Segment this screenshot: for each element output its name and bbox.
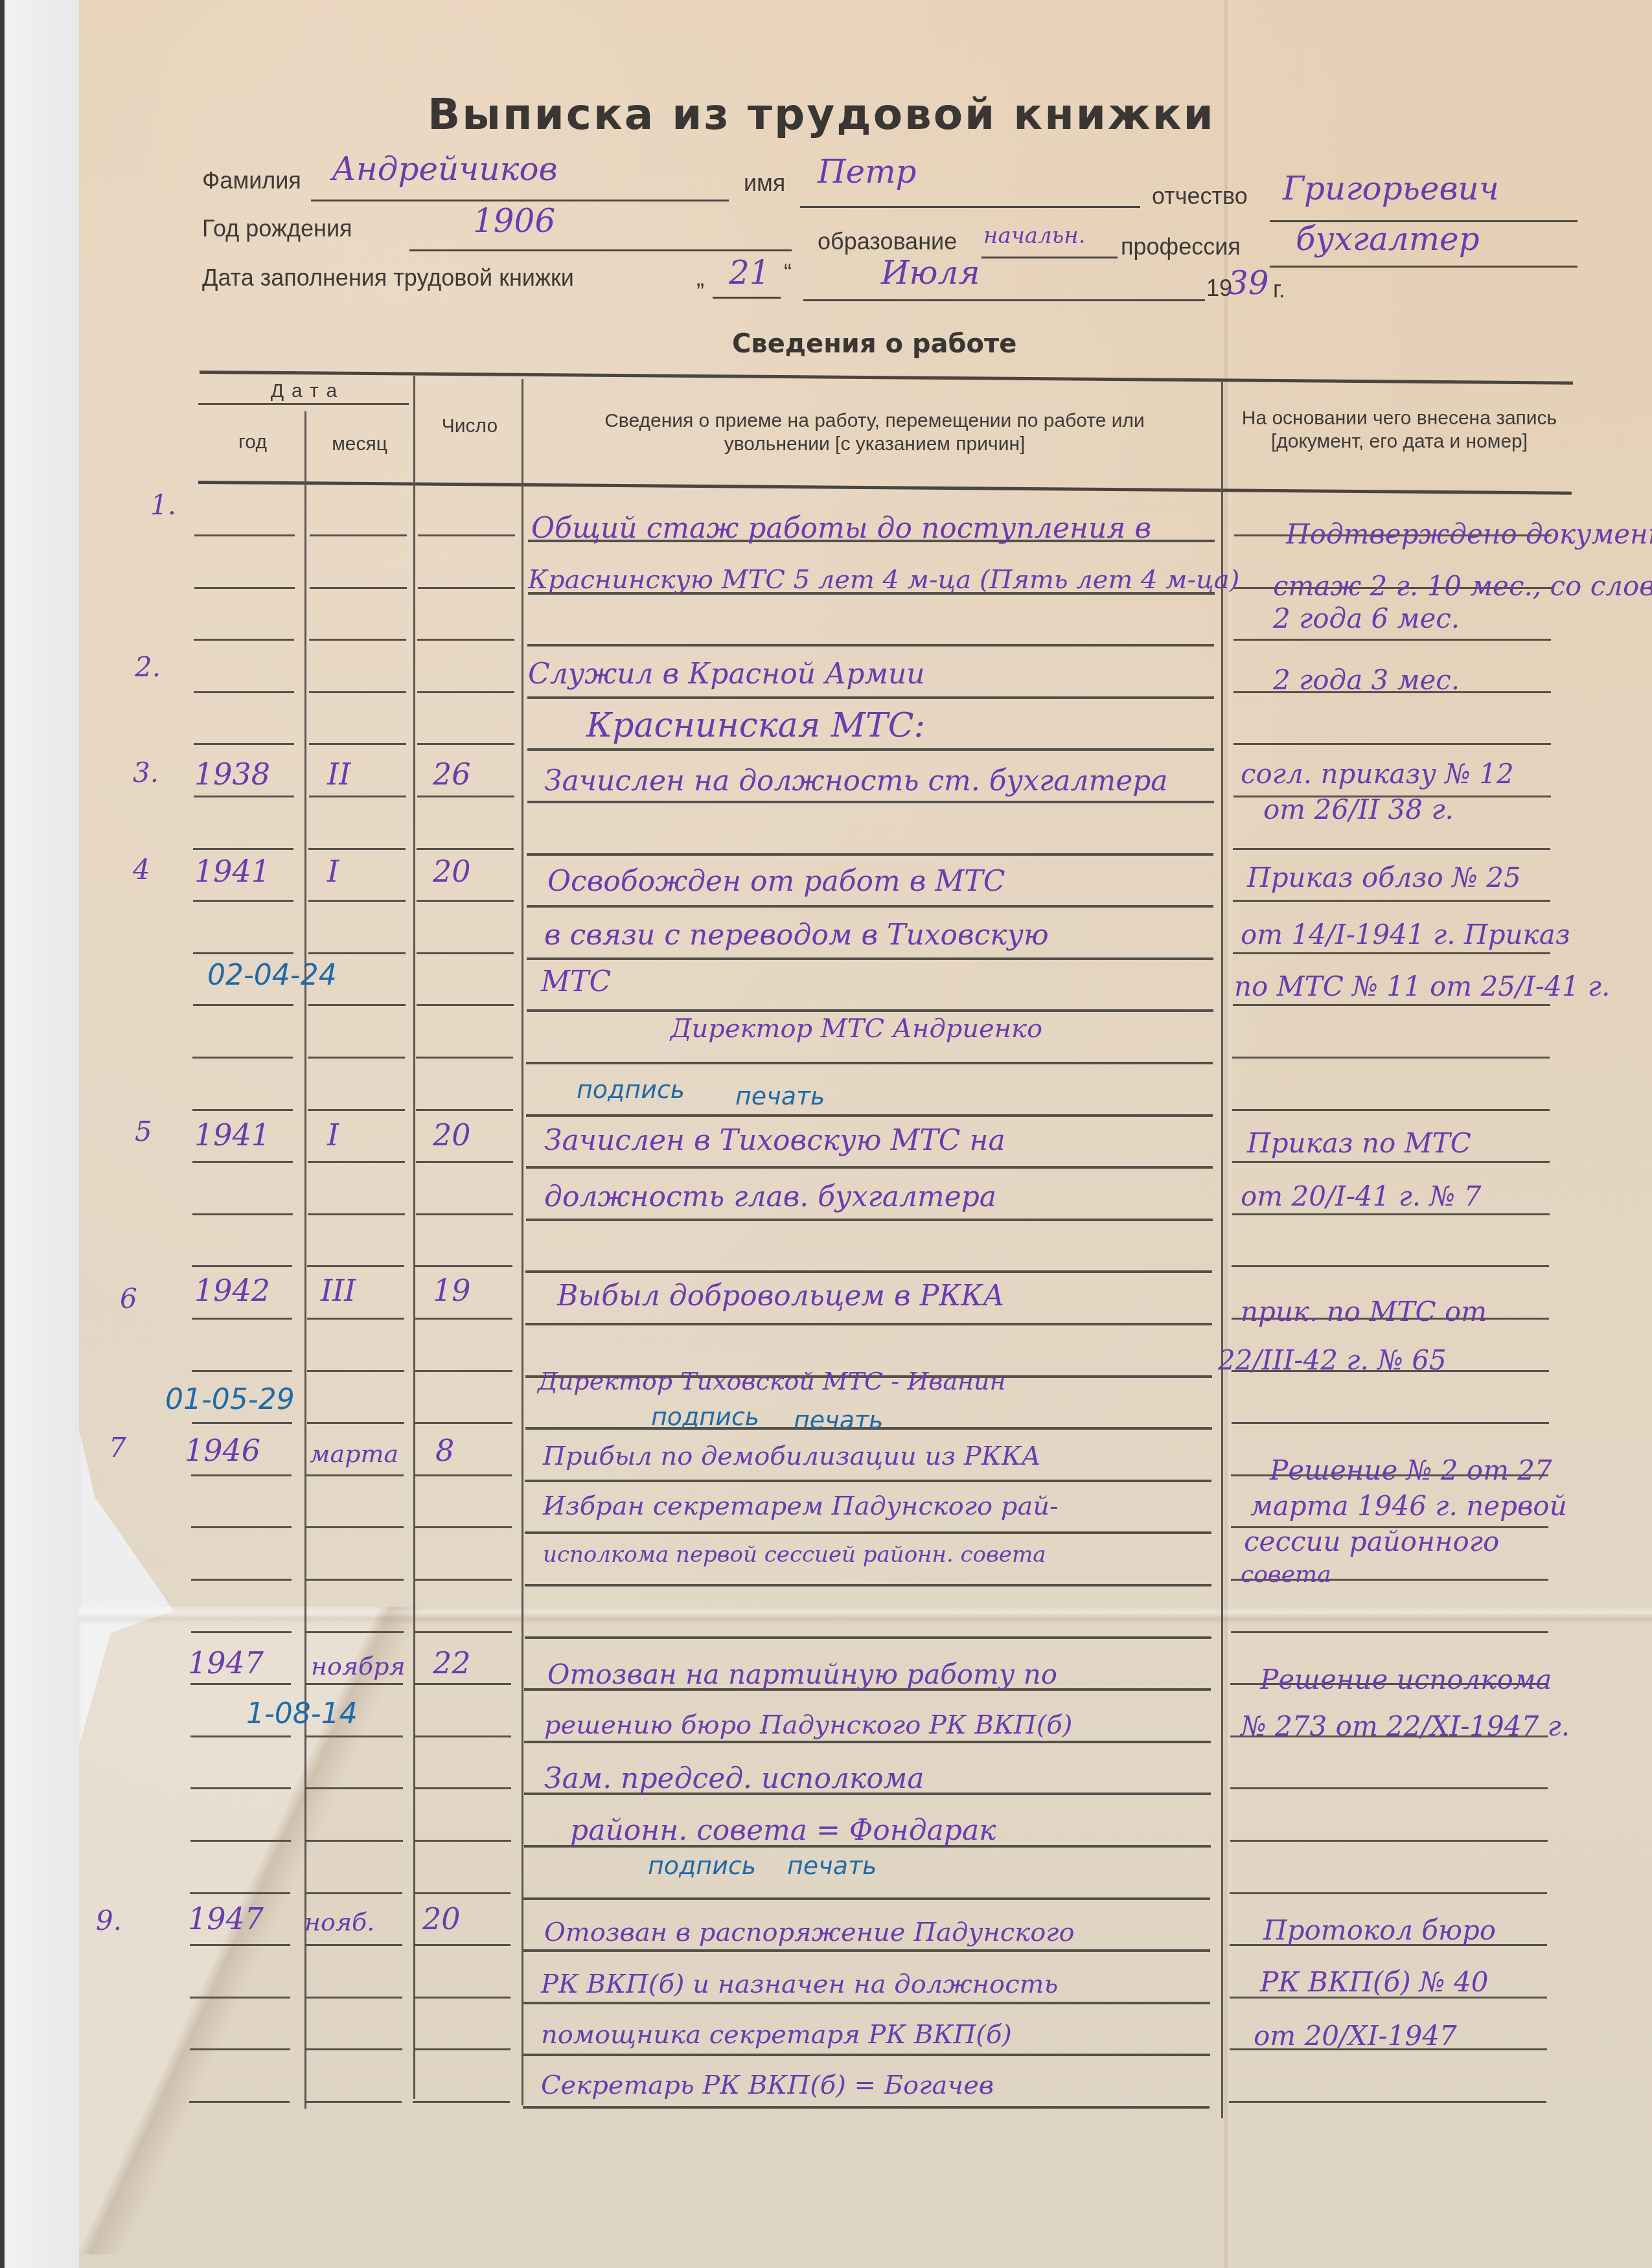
basis-line: 2 года 3 мес. — [1273, 664, 1460, 696]
details-line: Отозван в распоряжение Падунского — [544, 1918, 1075, 1947]
basis-line: Протокол бюро — [1263, 1914, 1496, 1946]
basis-line: Приказ по МТС — [1247, 1127, 1471, 1159]
section-title: Сведения о работе — [732, 329, 1016, 359]
year-suffix-label: г. — [1273, 276, 1285, 303]
patronymic-label: отчество — [1152, 183, 1248, 210]
entry-year: 1941 — [194, 854, 270, 889]
row-number: 7 — [109, 1432, 126, 1463]
fill-day-value: 21 — [729, 254, 770, 292]
details-line: исполкома первой сессией районн. совета — [543, 1542, 1046, 1568]
entry-month: марта — [310, 1439, 398, 1468]
entry-day: 20 — [422, 1901, 461, 1936]
entry-month: III — [321, 1273, 356, 1308]
basis-line: совета — [1241, 1561, 1331, 1588]
basis-line: от 20/XI-1947 — [1254, 2020, 1457, 2052]
details-line: Зачислен на должность ст. бухгалтера — [544, 764, 1168, 797]
basis-line: по МТС № 11 от 25/I-41 г. — [1234, 970, 1610, 1002]
details-line: Общий стаж работы до поступления в — [531, 512, 1151, 545]
name-value: Петр — [818, 153, 917, 190]
row-number: 1. — [150, 489, 176, 521]
name-label: имя — [744, 170, 785, 197]
row-number: 4 — [133, 854, 150, 886]
surname-value: Андрейчиков — [332, 150, 558, 188]
birth-year-value: 1906 — [473, 202, 555, 240]
header-details: Сведения о приеме на работу, перемещении… — [557, 409, 1192, 456]
details-line: Выбыл добровольцем в РККА — [557, 1279, 1005, 1312]
entry-day: 26 — [433, 757, 471, 792]
entry-day: 8 — [435, 1433, 454, 1468]
basis-line: от 14/I-1941 г. Приказ — [1241, 919, 1570, 950]
entry-day: 22 — [433, 1645, 471, 1680]
fill-date-label: Дата заполнения трудовой книжки — [202, 264, 574, 292]
details-line: Освобожден от работ в МТС — [547, 865, 1005, 898]
annotation-date: 1-08-14 — [246, 1697, 358, 1730]
details-line: Служил в Красной Армии — [528, 658, 925, 691]
signature-placeholder: подпись — [648, 1851, 756, 1880]
details-line: помощника секретаря РК ВКП(б) — [541, 2020, 1012, 2050]
fill-month-value: Июля — [881, 254, 980, 292]
details-line: должность глав. бухгалтера — [544, 1180, 996, 1213]
details-line: Зам. председ. исполкома — [544, 1762, 924, 1795]
details-line: решению бюро Падунского РК ВКП(б) — [544, 1710, 1072, 1740]
stamp-placeholder: печать — [787, 1851, 877, 1880]
signature-placeholder: подпись — [577, 1075, 685, 1104]
details-line: Избран секретарем Падунского рай- — [543, 1491, 1059, 1521]
employer-heading: Краснинская МТС: — [586, 706, 925, 745]
basis-line: сессии районного — [1244, 1526, 1499, 1557]
document-title: Выписка из трудовой книжки — [428, 89, 1215, 139]
fill-year-value: 39 — [1228, 264, 1269, 302]
basis-line: прик. по МТС от — [1241, 1296, 1487, 1327]
signature-placeholder: подпись — [651, 1403, 759, 1431]
birth-year-label: Год рождения — [202, 215, 352, 242]
entry-year: 1947 — [188, 1901, 264, 1936]
header-year: год — [207, 431, 298, 454]
header-basis: На основании чего внесена запись [докуме… — [1237, 407, 1561, 453]
entry-year: 1946 — [185, 1433, 260, 1468]
details-line: Зачислен в Тиховскую МТС на — [544, 1124, 1005, 1157]
entry-day: 19 — [433, 1273, 471, 1308]
entry-year: 1941 — [194, 1117, 270, 1152]
row-number: 3. — [133, 757, 159, 788]
details-line: МТС — [541, 965, 611, 998]
row-number: 6 — [120, 1283, 137, 1314]
entry-year: 1938 — [194, 757, 270, 792]
entry-day: 20 — [433, 854, 471, 889]
basis-line: марта 1946 г. первой — [1250, 1490, 1567, 1522]
basis-line: согл. приказу № 12 — [1241, 758, 1514, 790]
entry-month: I — [327, 1117, 339, 1152]
entry-month: нояб. — [304, 1908, 374, 1936]
basis-line: от 26/II 38 г. — [1263, 794, 1454, 825]
basis-line: от 20/I-41 г. № 7 — [1241, 1180, 1481, 1212]
row-number: 2. — [135, 651, 161, 683]
basis-line: стаж 2 г. 10 мес., со слов — [1273, 570, 1652, 602]
annotation-date: 01-05-29 — [165, 1383, 295, 1416]
basis-line: Подтверждено документами — [1286, 518, 1652, 550]
patronymic-value: Григорьевич — [1283, 170, 1499, 207]
entry-year: 1942 — [194, 1273, 270, 1308]
details-line: Краснинскую МТС 5 лет 4 м-ца (Пять лет 4… — [528, 565, 1239, 595]
entry-month: ноября — [311, 1652, 406, 1680]
vertical-fold-crease — [1223, 0, 1232, 2268]
signature-line: Директор МТС Андриенко — [671, 1014, 1042, 1044]
basis-line: Приказ облзо № 25 — [1247, 862, 1521, 893]
entry-year: 1947 — [188, 1645, 264, 1680]
stamp-placeholder: печать — [794, 1406, 884, 1434]
header-day: Число — [421, 415, 518, 438]
details-line: РК ВКП(б) и назначен на должность — [541, 1969, 1058, 1999]
scanner-background — [0, 0, 81, 2268]
details-line: Прибыл по демобилизации из РККА — [543, 1441, 1041, 1471]
profession-label: профессия — [1121, 233, 1241, 260]
details-line: Отозван на партийную работу по — [547, 1658, 1057, 1690]
basis-line: Решение исполкома — [1260, 1664, 1552, 1695]
details-line: Секретарь РК ВКП(б) = Богачев — [541, 2070, 994, 2100]
stamp-placeholder: печать — [735, 1082, 825, 1110]
entry-month: II — [327, 757, 350, 792]
entry-day: 20 — [433, 1117, 471, 1152]
details-line: районн. совета = Фондарак — [570, 1814, 996, 1847]
entry-month: I — [327, 854, 339, 889]
profession-value: бухгалтер — [1296, 220, 1480, 258]
basis-line: 22/III-42 г. № 65 — [1218, 1344, 1447, 1376]
basis-line: 2 года 6 мес. — [1273, 602, 1460, 634]
details-line: в связи с переводом в Тиховскую — [544, 919, 1049, 952]
education-value: начальн. — [983, 223, 1085, 249]
basis-line: Решение № 2 от 27 — [1270, 1454, 1552, 1486]
surname-label: Фамилия — [202, 167, 301, 194]
basis-line: № 273 от 22/XI-1947 г. — [1241, 1710, 1570, 1742]
basis-line: РК ВКП(б) № 40 — [1260, 1966, 1488, 1998]
row-number: 9. — [96, 1905, 122, 1936]
signature-line: Директор Тиховской МТС - Иванин — [538, 1367, 1006, 1395]
header-date-group: Дата — [214, 380, 402, 403]
annotation-date: 02-04-24 — [207, 959, 337, 992]
header-month: месяц — [311, 433, 408, 456]
education-label: образование — [818, 228, 957, 255]
row-number: 5 — [135, 1116, 152, 1147]
